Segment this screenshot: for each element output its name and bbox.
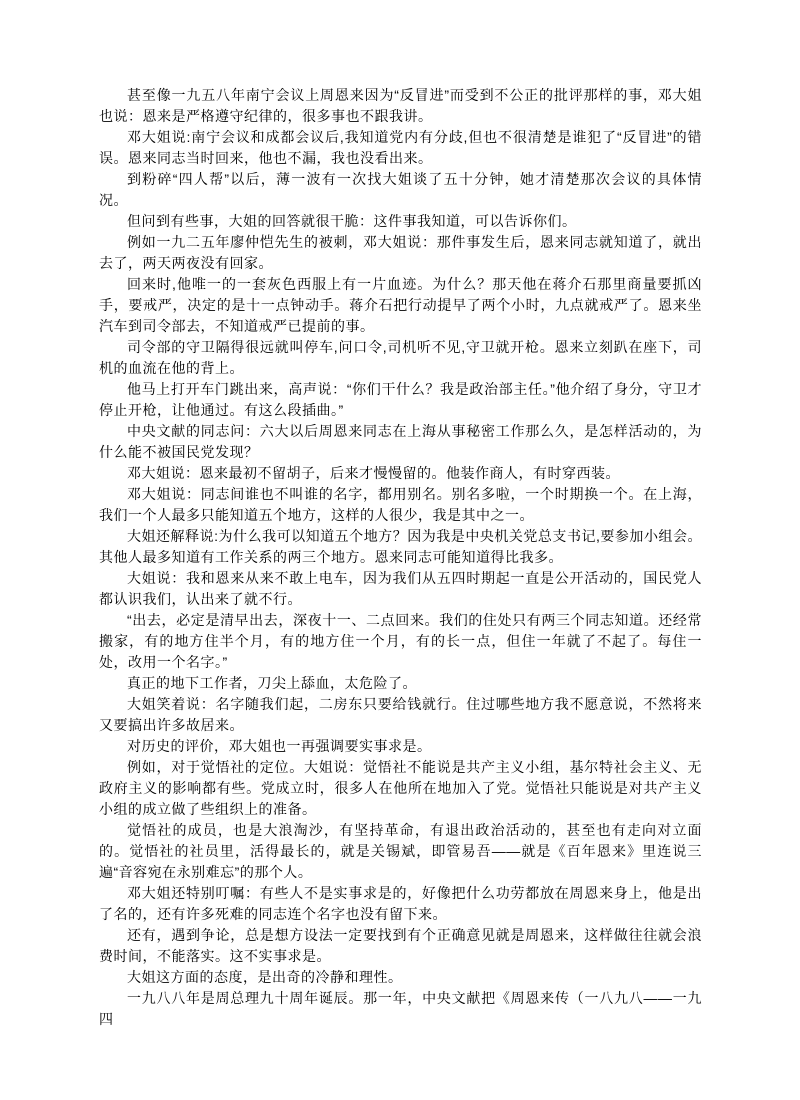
paragraph: 对历史的评价，邓大姐也一再强调要实事求是。 xyxy=(99,736,702,757)
paragraph: 邓大姐说：恩来最初不留胡子，后来才慢慢留的。他装作商人，有时穿西装。 xyxy=(99,463,702,484)
document-page: 甚至像一九五八年南宁会议上周恩来因为“反冒进”而受到不公正的批评那样的事，邓大姐… xyxy=(99,85,702,1050)
paragraph: 大姐这方面的态度，是出奇的冷静和理性。 xyxy=(99,967,702,988)
paragraph: 一九八八年是周总理九十周年诞辰。那一年，中央文献把《周恩来传（一八九八——一九四 xyxy=(99,988,702,1030)
paragraph: 觉悟社的成员，也是大浪淘沙，有坚持革命，有退出政治活动的，甚至也有走向对立面的。… xyxy=(99,820,702,883)
paragraph: 甚至像一九五八年南宁会议上周恩来因为“反冒进”而受到不公正的批评那样的事，邓大姐… xyxy=(99,85,702,127)
paragraph: 大姐还解释说:为什么我可以知道五个地方？因为我是中央机关党总支书记,要参加小组会… xyxy=(99,526,702,568)
paragraph: 还有，遇到争论，总是想方设法一定要找到有个正确意见就是周恩来，这样做往往就会浪费… xyxy=(99,925,702,967)
paragraph: 大姐说：我和恩来从来不敢上电车，因为我们从五四时期起一直是公开活动的，国民党人都… xyxy=(99,568,702,610)
paragraph: 真正的地下工作者，刀尖上舔血，太危险了。 xyxy=(99,673,702,694)
paragraph: 邓大姐还特别叮嘱：有些人不是实事求是的，好像把什么功劳都放在周恩来身上，他是出了… xyxy=(99,883,702,925)
paragraph: 回来时,他唯一的一套灰色西服上有一片血迹。为什么？那天他在蒋介石那里商量要抓凶手… xyxy=(99,274,702,337)
paragraph: 大姐笑着说：名字随我们起，二房东只要给钱就行。住过哪些地方我不愿意说，不然将来又… xyxy=(99,694,702,736)
paragraph: 中央文献的同志问：六大以后周恩来同志在上海从事秘密工作那么久，是怎样活动的，为什… xyxy=(99,421,702,463)
paragraph: 到粉碎“四人帮”以后，薄一波有一次找大姐谈了五十分钟，她才清楚那次会议的具体情况… xyxy=(99,169,702,211)
paragraph: 邓大姐说:南宁会议和成都会议后,我知道党内有分歧,但也不很清楚是谁犯了“反冒进”… xyxy=(99,127,702,169)
paragraph: 例如一九二五年廖仲恺先生的被刺，邓大姐说：那件事发生后，恩来同志就知道了，就出去… xyxy=(99,232,702,274)
paragraph: 他马上打开车门跳出来，高声说：“你们干什么？我是政治部主任。”他介绍了身分，守卫… xyxy=(99,379,702,421)
paragraph: 邓大姐说：同志间谁也不叫谁的名字，都用别名。别名多啦，一个时期换一个。在上海，我… xyxy=(99,484,702,526)
paragraph: 例如，对于觉悟社的定位。大姐说：觉悟社不能说是共产主义小组，基尔特社会主义、无政… xyxy=(99,757,702,820)
paragraph: 司令部的守卫隔得很远就叫停车,问口令,司机听不见,守卫就开枪。恩来立刻趴在座下，… xyxy=(99,337,702,379)
paragraph: 但问到有些事，大姐的回答就很干脆：这件事我知道，可以告诉你们。 xyxy=(99,211,702,232)
paragraph: “出去，必定是清早出去，深夜十一、二点回来。我们的住处只有两三个同志知道。还经常… xyxy=(99,610,702,673)
